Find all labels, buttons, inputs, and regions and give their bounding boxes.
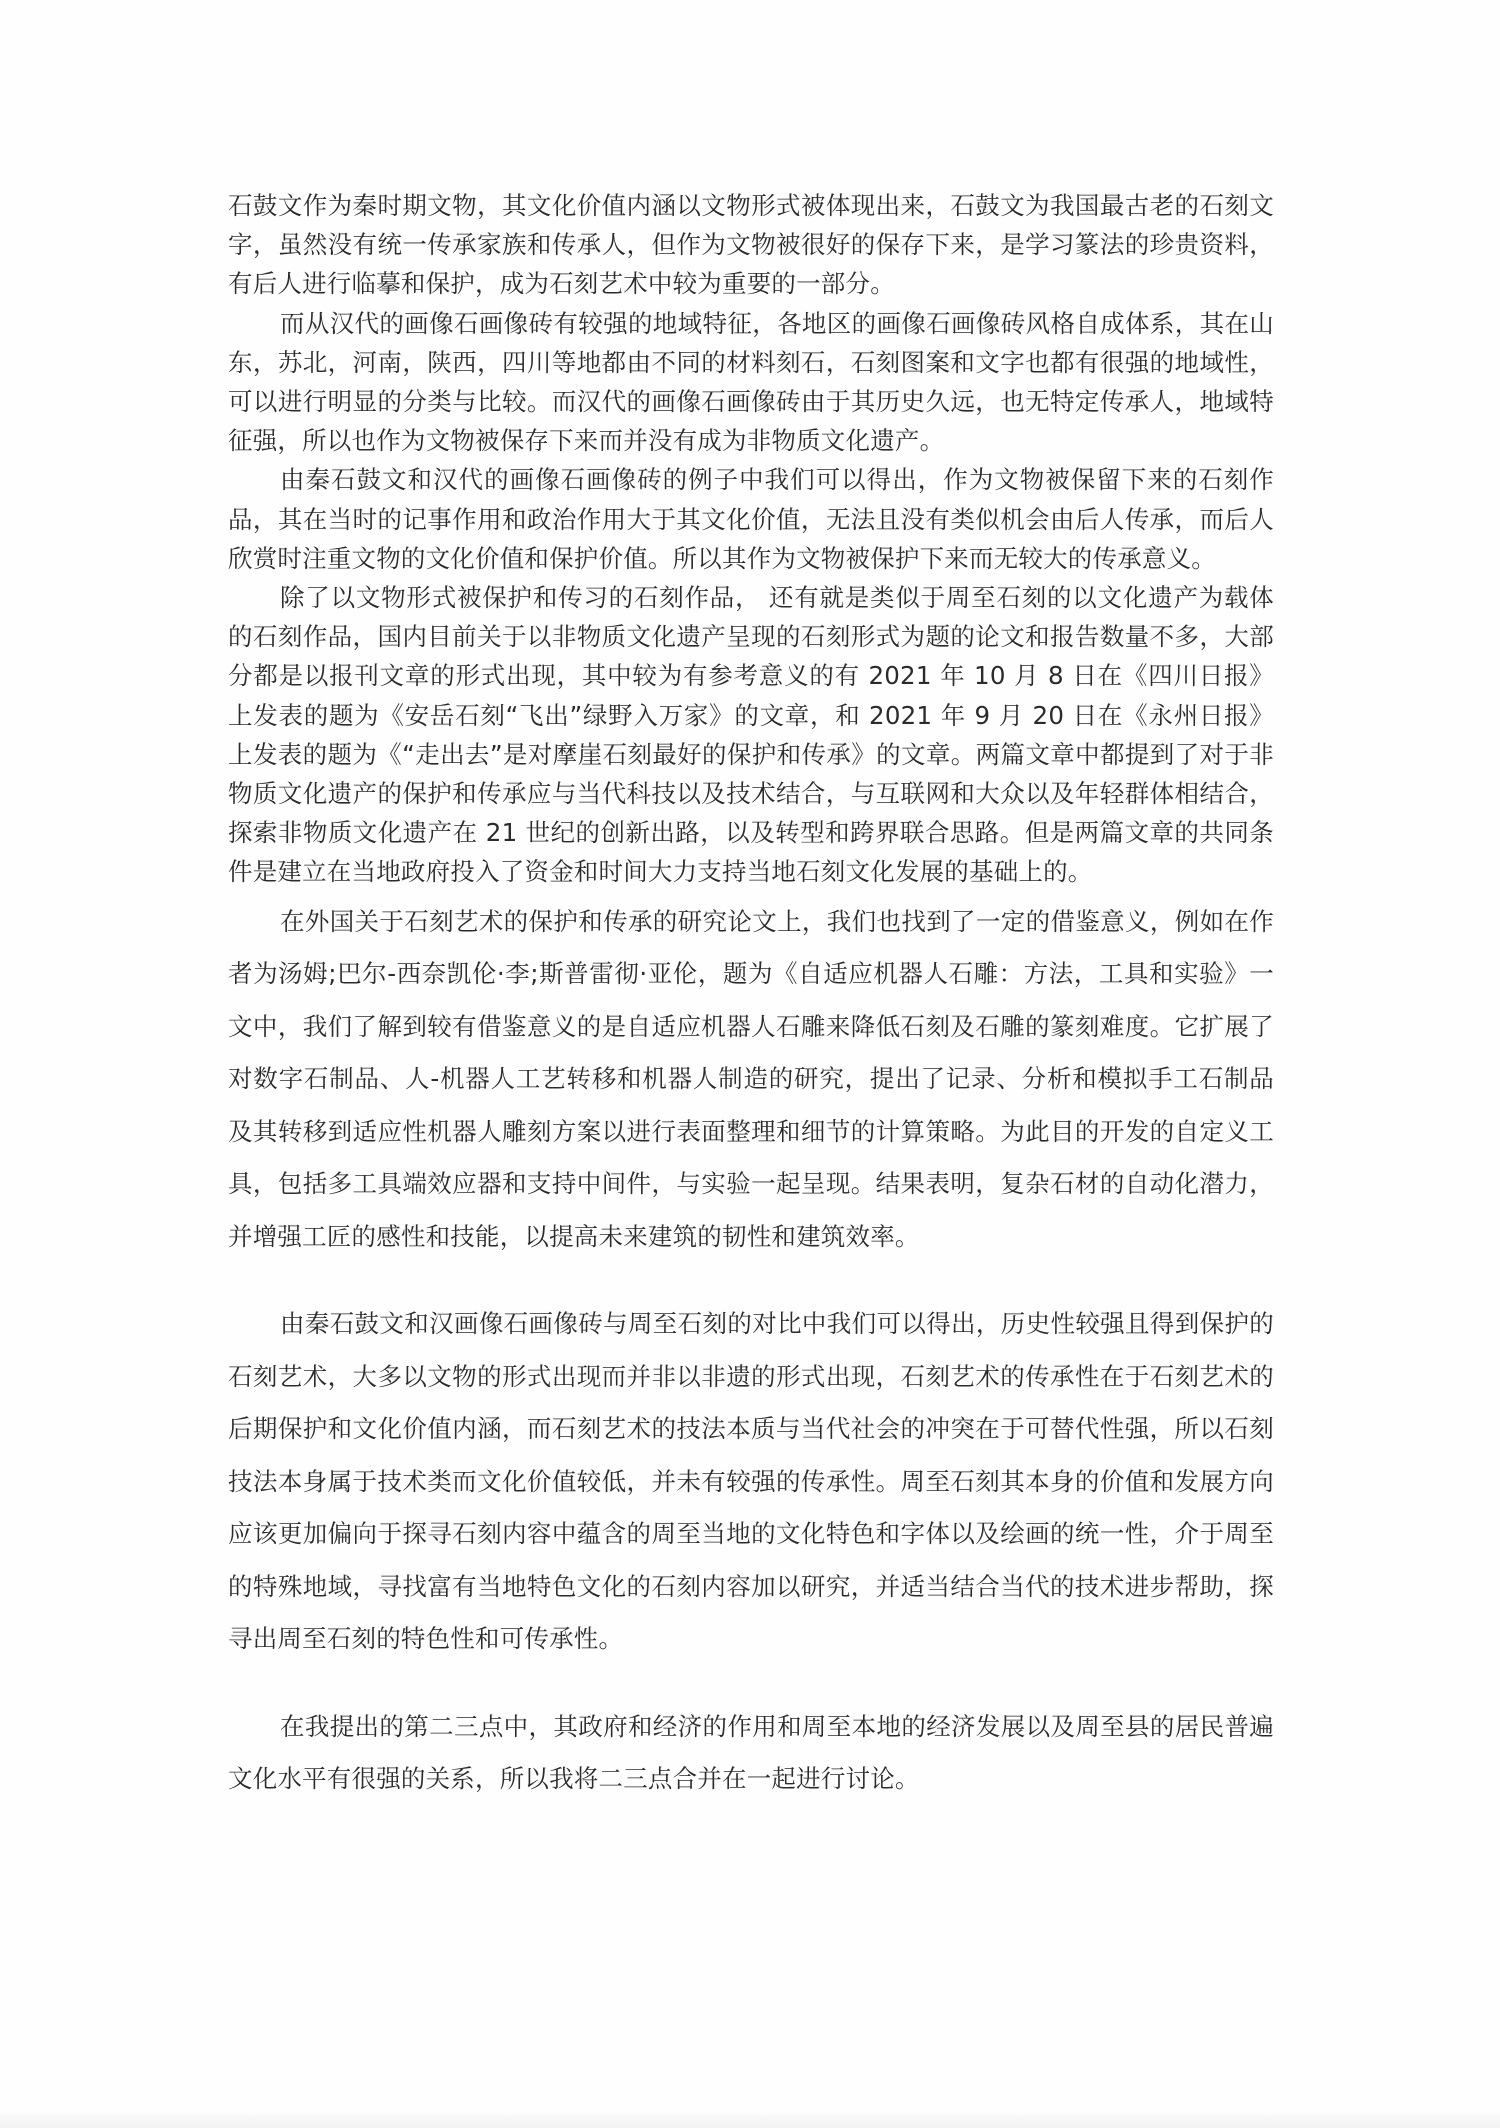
paragraph-domestic-research: 除了以文物形式被保护和传习的石刻作品， 还有就是类似于周至石刻的以文化遗产为载体… <box>228 578 1274 892</box>
paragraph-comparison-conclusion: 由秦石鼓文和汉画像石画像砖与周至石刻的对比中我们可以得出，历史性较强且得到保护的… <box>228 1298 1274 1666</box>
paragraph-points-two-three: 在我提出的第二三点中，其政府和经济的作用和周至本地的经济发展以及周至县的居民普遍… <box>228 1701 1274 1806</box>
paragraph-han-stone-reliefs: 而从汉代的画像石画像砖有较强的地域特征，各地区的画像石画像砖风格自成体系，其在山… <box>228 304 1274 461</box>
page-bottom-edge <box>0 2114 1500 2128</box>
paragraph-shigu-inscription: 石鼓文作为秦时期文物，其文化价值内涵以文物形式被体现出来，石鼓文为我国最古老的石… <box>228 186 1274 304</box>
document-page: 石鼓文作为秦时期文物，其文化价值内涵以文物形式被体现出来，石鼓文为我国最古老的石… <box>0 0 1500 2128</box>
paragraph-relic-conclusion: 由秦石鼓文和汉代的画像石画像砖的例子中我们可以得出，作为文物被保留下来的石刻作品… <box>228 460 1274 578</box>
document-body: 石鼓文作为秦时期文物，其文化价值内涵以文物形式被体现出来，石鼓文为我国最古老的石… <box>228 186 1274 1806</box>
paragraph-foreign-research: 在外国关于石刻艺术的保护和传承的研究论文上，我们也找到了一定的借鉴意义，例如在作… <box>228 896 1274 1264</box>
